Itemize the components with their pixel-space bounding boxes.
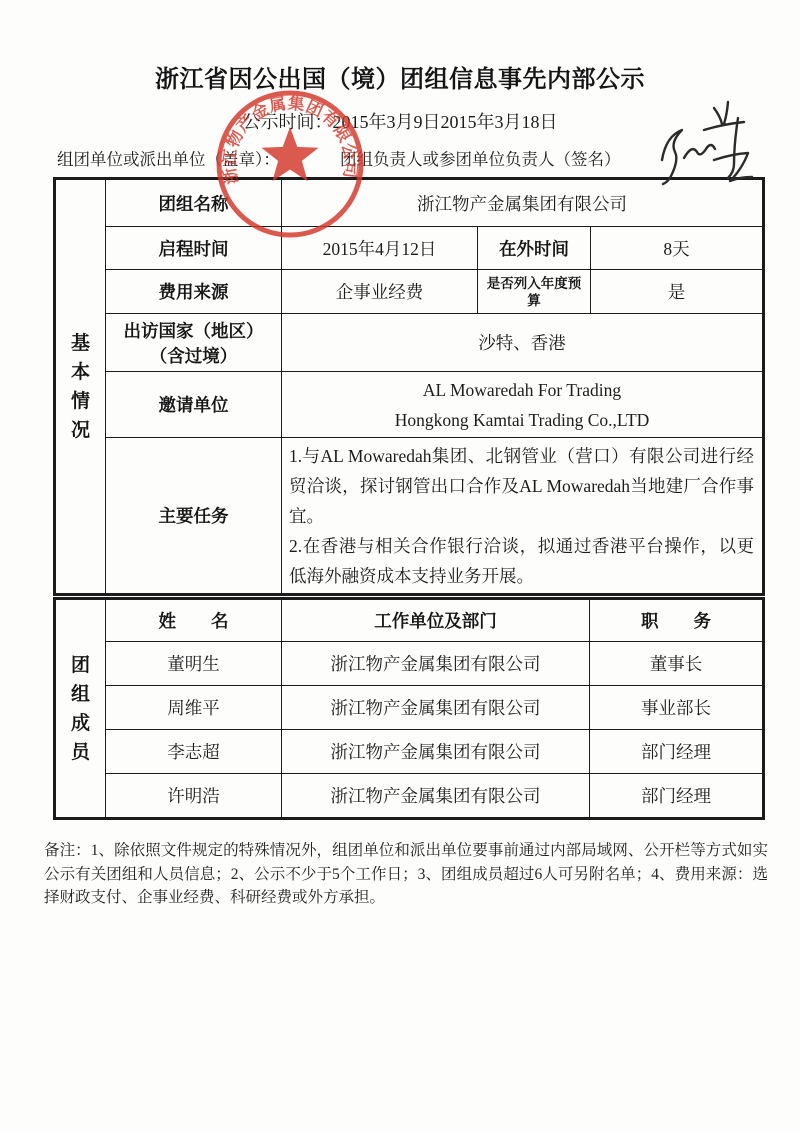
member-header-unit: 工作单位及部门 — [282, 599, 590, 642]
member-row: 许明浩 浙江物产金属集团有限公司 部门经理 — [55, 774, 764, 819]
member-unit: 浙江物产金属集团有限公司 — [282, 774, 590, 819]
section-label-members: 团组成员 — [70, 651, 92, 767]
duration-label: 在外时间 — [478, 227, 591, 270]
section-cell-basic: 基本情况 — [55, 179, 106, 595]
publicity-time-line: 公示时间：2015年3月9日2015年3月18日 — [0, 108, 800, 134]
task-item-1: 1.与AL Mowaredah集团、北钢管业（营口）有限公司进行经贸洽谈，探讨钢… — [282, 441, 762, 531]
member-title: 部门经理 — [590, 774, 764, 819]
funding-label: 费用来源 — [106, 270, 282, 314]
basic-info-table: 基本情况 团组名称 浙江物产金属集团有限公司 启程时间 2015年4月12日 在… — [53, 177, 765, 596]
member-header-name: 姓 名 — [106, 599, 282, 642]
inviter-line-2: Hongkong Kamtai Trading Co.,LTD — [282, 405, 762, 435]
member-title: 董事长 — [590, 642, 764, 686]
inviter-label: 邀请单位 — [106, 372, 282, 438]
leader-sign-label: 团组负责人或参团单位负责人（签名） — [340, 146, 621, 170]
budget-label: 是否列入年度预算 — [478, 270, 591, 314]
member-name: 周维平 — [106, 686, 282, 730]
members-table: 团组成员 姓 名 工作单位及部门 职 务 董明生 浙江物产金属集团有限公司 董事… — [53, 597, 765, 820]
group-name-value: 浙江物产金属集团有限公司 — [282, 179, 764, 227]
member-unit: 浙江物产金属集团有限公司 — [282, 642, 590, 686]
unit-seal-label: 组团单位或派出单位（盖章）： — [57, 146, 280, 170]
member-name: 董明生 — [106, 642, 282, 686]
member-row: 李志超 浙江物产金属集团有限公司 部门经理 — [55, 730, 764, 774]
member-row: 董明生 浙江物产金属集团有限公司 董事长 — [55, 642, 764, 686]
countries-label: 出访国家（地区） （含过境） — [106, 314, 282, 372]
tasks-value: 1.与AL Mowaredah集团、北钢管业（营口）有限公司进行经贸洽谈，探讨钢… — [282, 438, 764, 595]
member-name: 许明浩 — [106, 774, 282, 819]
countries-value: 沙特、香港 — [282, 314, 764, 372]
funding-value: 企事业经费 — [282, 270, 478, 314]
tasks-label: 主要任务 — [106, 438, 282, 595]
task-item-2: 2.在香港与相关合作银行洽谈，拟通过香港平台操作，以更低海外融资成本支持业务开展… — [282, 531, 762, 591]
member-row: 周维平 浙江物产金属集团有限公司 事业部长 — [55, 686, 764, 730]
departure-label: 启程时间 — [106, 227, 282, 270]
member-title: 事业部长 — [590, 686, 764, 730]
section-label-basic: 基本情况 — [70, 329, 92, 445]
budget-value: 是 — [591, 270, 764, 314]
member-unit: 浙江物产金属集团有限公司 — [282, 686, 590, 730]
section-cell-members: 团组成员 — [55, 599, 106, 819]
inviter-value: AL Mowaredah For Trading Hongkong Kamtai… — [282, 372, 764, 438]
countries-label-line1: 出访国家（地区） — [106, 318, 281, 343]
svg-text:浙江物产金属集团有限公司: 浙江物产金属集团有限公司 — [219, 93, 361, 187]
scanned-document-page: 浙江省因公出国（境）团组信息事先内部公示 公示时间：2015年3月9日2015年… — [0, 0, 800, 1131]
group-name-label: 团组名称 — [106, 179, 282, 227]
countries-label-line2: （含过境） — [106, 343, 281, 368]
duration-value: 8天 — [591, 227, 764, 270]
seal-company-text: 浙江物产金属集团有限公司 — [219, 93, 361, 187]
member-title: 部门经理 — [590, 730, 764, 774]
member-unit: 浙江物产金属集团有限公司 — [282, 730, 590, 774]
footnote: 备注：1、除依照文件规定的特殊情况外，组团单位和派出单位要事前通过内部局域网、公… — [44, 839, 768, 910]
departure-value: 2015年4月12日 — [282, 227, 478, 270]
member-name: 李志超 — [106, 730, 282, 774]
inviter-line-1: AL Mowaredah For Trading — [282, 375, 762, 405]
page-title: 浙江省因公出国（境）团组信息事先内部公示 — [0, 59, 800, 94]
member-header-title: 职 务 — [590, 599, 764, 642]
